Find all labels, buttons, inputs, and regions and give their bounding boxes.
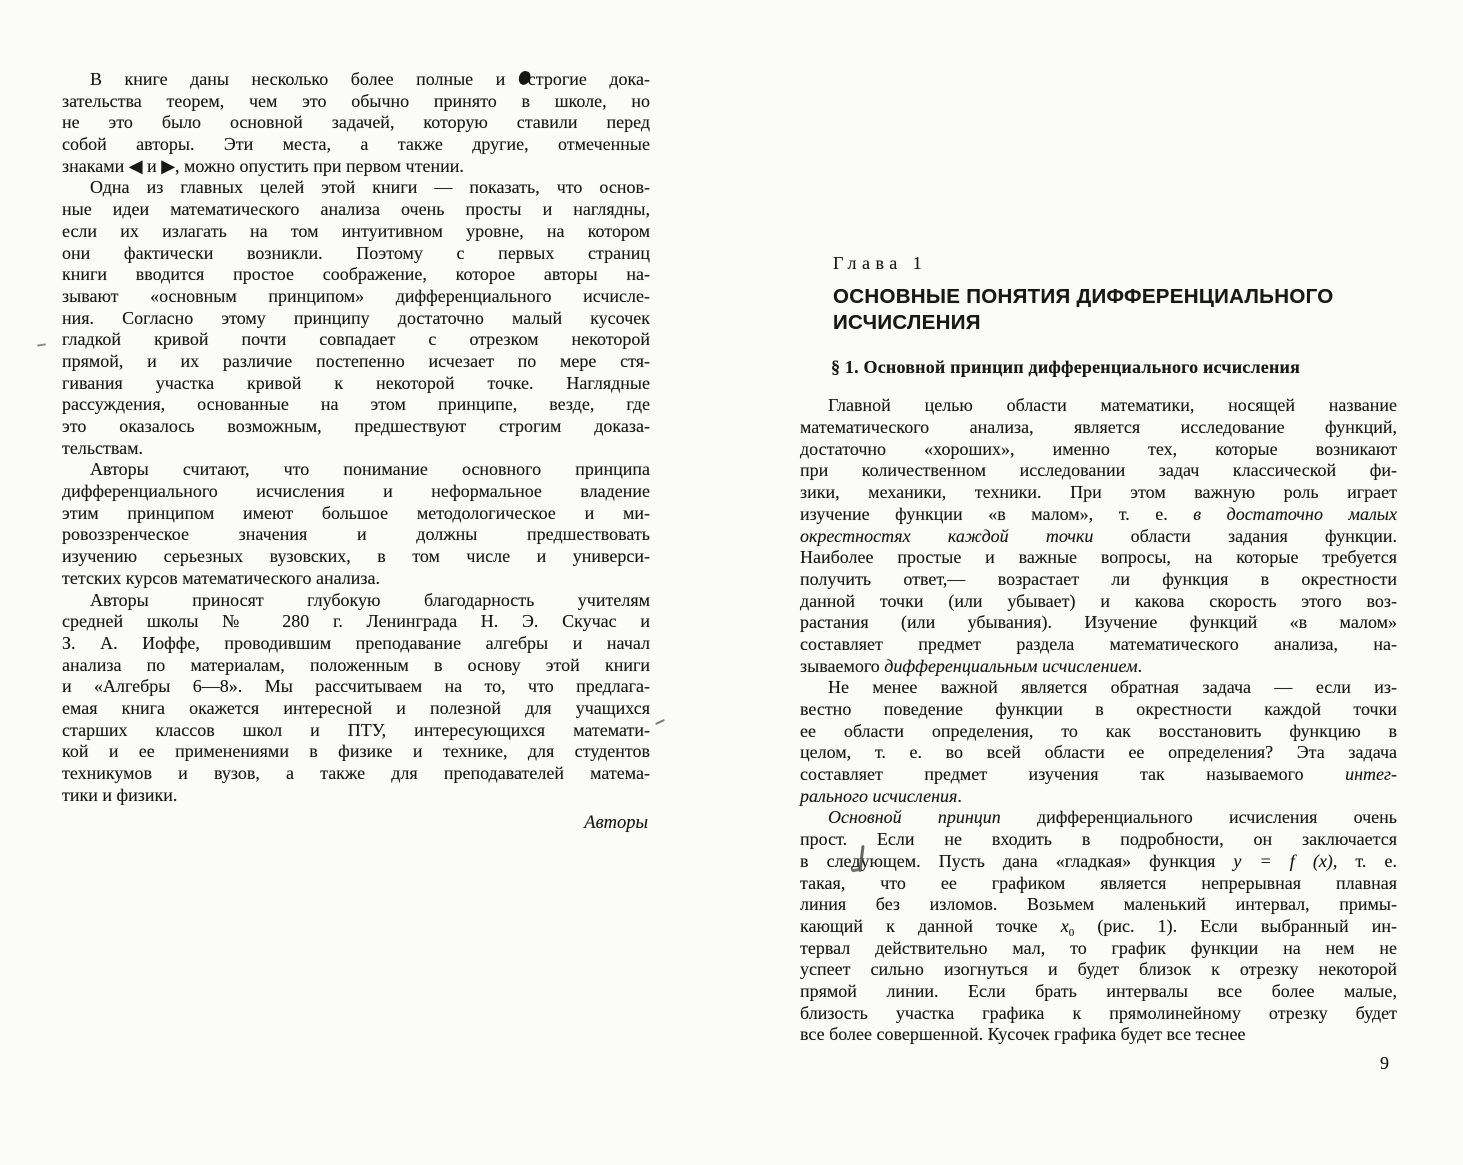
margin-speck <box>655 719 665 725</box>
text-line: в следующем. Пусть дана «гладкая» функци… <box>800 851 1397 873</box>
text-line: гладкой кривой почти совпадает с отрезко… <box>62 329 650 351</box>
text-line: Основной принцип дифференциального исчис… <box>800 807 1397 829</box>
text-segment: кающий к данной точке <box>800 916 1061 936</box>
text-segment: изучению серьезных вузовских, в том числ… <box>62 546 650 566</box>
text-line: при количественном исследовании задач кл… <box>800 460 1397 482</box>
text-segment: составляет предмет изучения так называем… <box>800 764 1345 784</box>
right-page-text: Главной целью области математики, носяще… <box>800 395 1397 1046</box>
text-segment: получить ответ,— возрастает ли функция в… <box>800 569 1397 589</box>
text-line: Авторы приносят глубокую благодарность у… <box>62 590 650 612</box>
emphasis-text: y = f (x) <box>1233 851 1332 871</box>
text-segment: не это было основной задачей, которую ст… <box>62 112 650 132</box>
text-segment: вестно поведение функции в окрестности к… <box>800 699 1397 719</box>
text-line: тервал действительно мал, то график функ… <box>800 938 1397 960</box>
text-line: составляет предмет изучения так называем… <box>800 764 1397 786</box>
text-segment: такая, что ее графиком является непрерыв… <box>800 873 1397 893</box>
text-segment: успеет сильно изогнуться и будет близок … <box>800 959 1397 979</box>
emphasis-text: рального исчисления <box>800 786 957 806</box>
paragraph: Авторы приносят глубокую благодарность у… <box>62 590 650 807</box>
text-line: если их излагать на том интуитивном уров… <box>62 221 650 243</box>
section-heading: § 1. Основной принцип дифференциального … <box>800 357 1397 379</box>
text-line: целом, т. е. во всей области ее определе… <box>800 742 1397 764</box>
text-line: этим принципом имеют большое методологич… <box>62 503 650 525</box>
text-segment: при количественном исследовании задач кл… <box>800 460 1397 480</box>
chapter-label: Глава 1 <box>800 253 1397 275</box>
text-segment: гладкой кривой почти совпадает с отрезко… <box>62 329 650 349</box>
text-line: Одна из главных целей этой книги — показ… <box>62 177 650 199</box>
paragraph: В книге даны несколько более полные и ст… <box>62 69 650 177</box>
text-line: книги вводится простое соображение, кото… <box>62 264 650 286</box>
text-line: средней школы № 280 г. Ленинграда Н. Э. … <box>62 611 650 633</box>
text-line: растания (или убывания). Изучение функци… <box>800 612 1397 634</box>
emphasis-text: дифференциальным исчислением <box>884 656 1137 676</box>
text-line: З. А. Иоффе, проводившим преподавание ал… <box>62 633 650 655</box>
margin-speck <box>37 343 46 346</box>
text-line: Не менее важной является обратная задача… <box>800 677 1397 699</box>
text-segment: Наиболее простые и важные вопросы, на ко… <box>800 547 1397 567</box>
text-segment: Одна из главных целей этой книги — показ… <box>90 177 650 197</box>
emphasis-text: окрестностях каждой точки <box>800 526 1093 546</box>
text-segment: достаточно «хороших», именно тех, которы… <box>800 439 1397 459</box>
page-number: 9 <box>800 1053 1397 1075</box>
text-line: собой авторы. Эти места, а также другие,… <box>62 134 650 156</box>
text-segment: этим принципом имеют большое методологич… <box>62 503 650 523</box>
emphasis-text: Основной принцип <box>828 807 1001 827</box>
text-line: ния. Согласно этому принципу достаточно … <box>62 308 650 330</box>
text-line: вестно поведение функции в окрестности к… <box>800 699 1397 721</box>
text-line: получить ответ,— возрастает ли функция в… <box>800 569 1397 591</box>
text-segment: близость участка графика к прямолинейном… <box>800 1003 1397 1023</box>
text-line: все более совершенной. Кусочек графика б… <box>800 1024 1397 1046</box>
text-segment: изучение функции «в малом», т. е. <box>800 504 1193 524</box>
text-segment: прост. Если не входить в подробности, он… <box>800 829 1397 849</box>
text-segment: составляет предмет раздела математическо… <box>800 634 1397 654</box>
text-line: зательства теорем, чем это обычно принят… <box>62 91 650 113</box>
text-segment: гивания участка кривой к некоторой точке… <box>62 373 650 393</box>
text-line: кой и ее применениями в физике и технике… <box>62 741 650 763</box>
text-segment: зываемого <box>800 656 884 676</box>
text-segment: З. А. Иоффе, проводившим преподавание ал… <box>62 633 650 653</box>
emphasis-text: интег- <box>1345 764 1397 784</box>
text-segment: тетских курсов математического анализа. <box>62 568 380 588</box>
text-segment: целом, т. е. во всей области ее определе… <box>800 742 1397 762</box>
text-line: дифференциального исчисления и неформаль… <box>62 481 650 503</box>
paragraph: Главной целью области математики, носяще… <box>800 395 1397 677</box>
text-line: близость участка графика к прямолинейном… <box>800 1003 1397 1025</box>
text-line: ровоззренческое значения и должны предше… <box>62 524 650 546</box>
book-spread: В книге даны несколько более полные и ст… <box>0 0 1463 1165</box>
text-segment: рассуждения, основанные на этом принципе… <box>62 394 650 414</box>
text-segment: средней школы № 280 г. Ленинграда Н. Э. … <box>62 611 650 631</box>
text-line: Главной целью области математики, носяще… <box>800 395 1397 417</box>
text-segment: если их излагать на том интуитивном уров… <box>62 221 650 241</box>
text-line: рального исчисления. <box>800 786 1397 808</box>
text-line: прост. Если не входить в подробности, он… <box>800 829 1397 851</box>
text-line: Наиболее простые и важные вопросы, на ко… <box>800 547 1397 569</box>
text-segment: зывают «основным принципом» дифференциал… <box>62 286 650 306</box>
text-segment: книги вводится простое соображение, кото… <box>62 264 650 284</box>
text-line: данной точки (или убывает) и какова скор… <box>800 591 1397 613</box>
text-segment: Авторы приносят глубокую благодарность у… <box>90 590 650 610</box>
text-segment: дифференциального исчисления и неформаль… <box>62 481 650 501</box>
text-line: они фактически возникли. Поэтому с первы… <box>62 243 650 265</box>
text-line: это оказалось возможным, предшествуют ст… <box>62 416 650 438</box>
text-segment: знаками ◀ и ▶, можно опустить при первом… <box>62 156 464 176</box>
text-line: В книге даны несколько более полные и ст… <box>62 69 650 91</box>
left-page: В книге даны несколько более полные и ст… <box>62 69 650 835</box>
text-line: зывают «основным принципом» дифференциал… <box>62 286 650 308</box>
text-line: кающий к данной точке x0 (рис. 1). Если … <box>800 916 1397 938</box>
text-line: тетских курсов математического анализа. <box>62 568 650 590</box>
text-line: математического анализа, является исслед… <box>800 417 1397 439</box>
text-segment: это оказалось возможным, предшествуют ст… <box>62 416 650 436</box>
text-line: зываемого дифференциальным исчислением. <box>800 656 1397 678</box>
text-segment: растания (или убывания). Изучение функци… <box>800 612 1397 632</box>
text-segment: ее области определения, то как восстанов… <box>800 721 1397 741</box>
text-line: такая, что ее графиком является непрерыв… <box>800 873 1397 895</box>
text-segment: собой авторы. Эти места, а также другие,… <box>62 134 650 154</box>
text-line: зики, механики, техники. При этом важную… <box>800 482 1397 504</box>
text-line: изучению серьезных вузовских, в том числ… <box>62 546 650 568</box>
text-segment: анализа по материалам, положенным в осно… <box>62 655 650 675</box>
text-segment: Авторы считают, что понимание основного … <box>90 459 650 479</box>
text-line: техникумов и вузов, а также для преподав… <box>62 763 650 785</box>
author-signature: Авторы <box>62 813 650 835</box>
text-segment: дифференциального исчисления очень <box>1001 807 1397 827</box>
text-line: анализа по материалам, положенным в осно… <box>62 655 650 677</box>
emphasis-text: в достаточно малых <box>1193 504 1397 524</box>
chapter-title-line: ОСНОВНЫЕ ПОНЯТИЯ ДИФФЕРЕНЦИАЛЬНОГО <box>833 284 1397 311</box>
emphasis-text: x <box>1061 916 1069 936</box>
text-line: старших классов школ и ПТУ, интересующих… <box>62 720 650 742</box>
text-segment: старших классов школ и ПТУ, интересующих… <box>62 720 650 740</box>
right-page: Глава 1 ОСНОВНЫЕ ПОНЯТИЯ ДИФФЕРЕНЦИАЛЬНО… <box>800 253 1397 1075</box>
text-segment: они фактически возникли. Поэтому с первы… <box>62 243 650 263</box>
text-line: достаточно «хороших», именно тех, которы… <box>800 439 1397 461</box>
text-line: прямой линии. Если брать интервалы все б… <box>800 981 1397 1003</box>
paragraph: Одна из главных целей этой книги — показ… <box>62 177 650 459</box>
text-segment: кой и ее применениями в физике и технике… <box>62 741 650 761</box>
paragraph: Авторы считают, что понимание основного … <box>62 459 650 589</box>
text-segment: математического анализа, является исслед… <box>800 417 1397 437</box>
text-segment: все более совершенной. Кусочек графика б… <box>800 1024 1246 1044</box>
text-segment: емая книга окажется интересной и полезно… <box>62 698 650 718</box>
text-line: и «Алгебры 6—8». Мы рассчитываем на то, … <box>62 676 650 698</box>
text-segment: тики и физики. <box>62 785 177 805</box>
text-line: линия без изломов. Возьмем маленький инт… <box>800 894 1397 916</box>
text-segment: ровоззренческое значения и должны предше… <box>62 524 650 544</box>
text-segment: , т. е. <box>1333 851 1397 871</box>
text-line: составляет предмет раздела математическо… <box>800 634 1397 656</box>
text-line: окрестностях каждой точки области задани… <box>800 526 1397 548</box>
paragraph: Основной принцип дифференциального исчис… <box>800 807 1397 1046</box>
chapter-title: ОСНОВНЫЕ ПОНЯТИЯ ДИФФЕРЕНЦИАЛЬНОГО ИСЧИС… <box>800 284 1397 337</box>
text-segment: прямой, и их различие постепенно исчезае… <box>62 351 650 371</box>
text-segment: зики, механики, техники. При этом важную… <box>800 482 1397 502</box>
text-segment: (рис. 1). Если выбранный ин- <box>1074 916 1397 936</box>
text-segment: области задания функции. <box>1093 526 1397 546</box>
text-line: тики и физики. <box>62 785 650 807</box>
text-line: изучение функции «в малом», т. е. в дост… <box>800 504 1397 526</box>
text-line: прямой, и их различие постепенно исчезае… <box>62 351 650 373</box>
text-segment: . <box>1138 656 1143 676</box>
text-segment: прямой линии. Если брать интервалы все б… <box>800 981 1397 1001</box>
text-line: не это было основной задачей, которую ст… <box>62 112 650 134</box>
text-segment: линия без изломов. Возьмем маленький инт… <box>800 894 1397 914</box>
text-line: знаками ◀ и ▶, можно опустить при первом… <box>62 156 650 178</box>
paragraph: Не менее важной является обратная задача… <box>800 677 1397 807</box>
text-segment: Не менее важной является обратная задача… <box>828 677 1397 697</box>
text-segment: и «Алгебры 6—8». Мы рассчитываем на то, … <box>62 676 650 696</box>
text-segment: ные идеи математического анализа очень п… <box>62 199 650 219</box>
text-line: успеет сильно изогнуться и будет близок … <box>800 959 1397 981</box>
text-segment: В книге даны несколько более полные и ст… <box>90 69 650 89</box>
text-segment: зательства теорем, чем это обычно принят… <box>62 91 650 111</box>
left-page-text: В книге даны несколько более полные и ст… <box>62 69 650 806</box>
text-segment: Главной целью области математики, носяще… <box>828 395 1397 415</box>
text-line: рассуждения, основанные на этом принципе… <box>62 394 650 416</box>
text-line: ее области определения, то как восстанов… <box>800 721 1397 743</box>
text-line: тельствам. <box>62 438 650 460</box>
text-segment: тервал действительно мал, то график функ… <box>800 938 1397 958</box>
text-line: Авторы считают, что понимание основного … <box>62 459 650 481</box>
text-segment: . <box>957 786 962 806</box>
chapter-title-line: ИСЧИСЛЕНИЯ <box>833 310 1397 337</box>
text-line: гивания участка кривой к некоторой точке… <box>62 373 650 395</box>
text-line: емая книга окажется интересной и полезно… <box>62 698 650 720</box>
text-segment: тельствам. <box>62 438 143 458</box>
text-line: ные идеи математического анализа очень п… <box>62 199 650 221</box>
text-segment: данной точки (или убывает) и какова скор… <box>800 591 1397 611</box>
text-segment: в следующем. Пусть дана «гладкая» функци… <box>800 851 1233 871</box>
text-segment: ния. Согласно этому принципу достаточно … <box>62 308 650 328</box>
text-segment: техникумов и вузов, а также для преподав… <box>62 763 650 783</box>
